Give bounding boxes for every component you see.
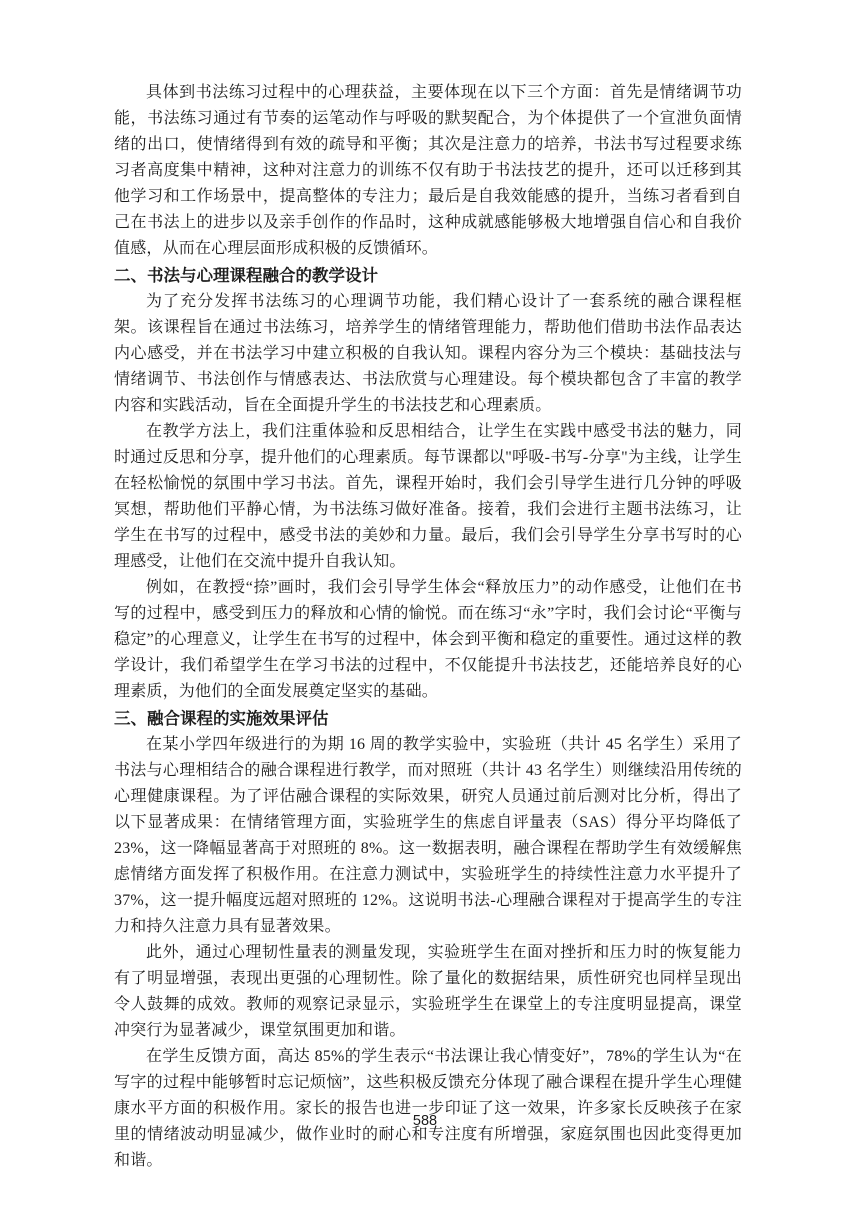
paragraph-curriculum-framework: 为了充分发挥书法练习的心理调节功能，我们精心设计了一套系统的融合课程框架。该课程… [114,289,742,419]
page-number: 588 [0,1113,850,1129]
paragraph-resilience-findings: 此外，通过心理韧性量表的测量发现，实验班学生在面对挫折和压力时的恢复能力有了明显… [114,940,742,1044]
section-heading-3-effect-evaluation: 三、融合课程的实施效果评估 [114,705,742,732]
paragraph-psych-benefits: 具体到书法练习过程中的心理获益，主要体现在以下三个方面：首先是情绪调节功能，书法… [114,80,742,262]
paragraph-student-feedback: 在学生反馈方面，高达 85%的学生表示“书法课让我心情变好”，78%的学生认为“… [114,1044,742,1174]
paragraph-stroke-example: 例如，在教授“捺”画时，我们会引导学生体会“释放压力”的动作感受，让他们在书写的… [114,575,742,705]
paragraph-experiment-results: 在某小学四年级进行的为期 16 周的教学实验中，实验班（共计 45 名学生）采用… [114,732,742,940]
document-page: 具体到书法练习过程中的心理获益，主要体现在以下三个方面：首先是情绪调节功能，书法… [0,0,850,1205]
page-body: 具体到书法练习过程中的心理获益，主要体现在以下三个方面：首先是情绪调节功能，书法… [114,80,742,1174]
paragraph-teaching-method: 在教学方法上，我们注重体验和反思相结合，让学生在实践中感受书法的魅力，同时通过反… [114,419,742,575]
section-heading-2-teaching-design: 二、书法与心理课程融合的教学设计 [114,262,742,289]
